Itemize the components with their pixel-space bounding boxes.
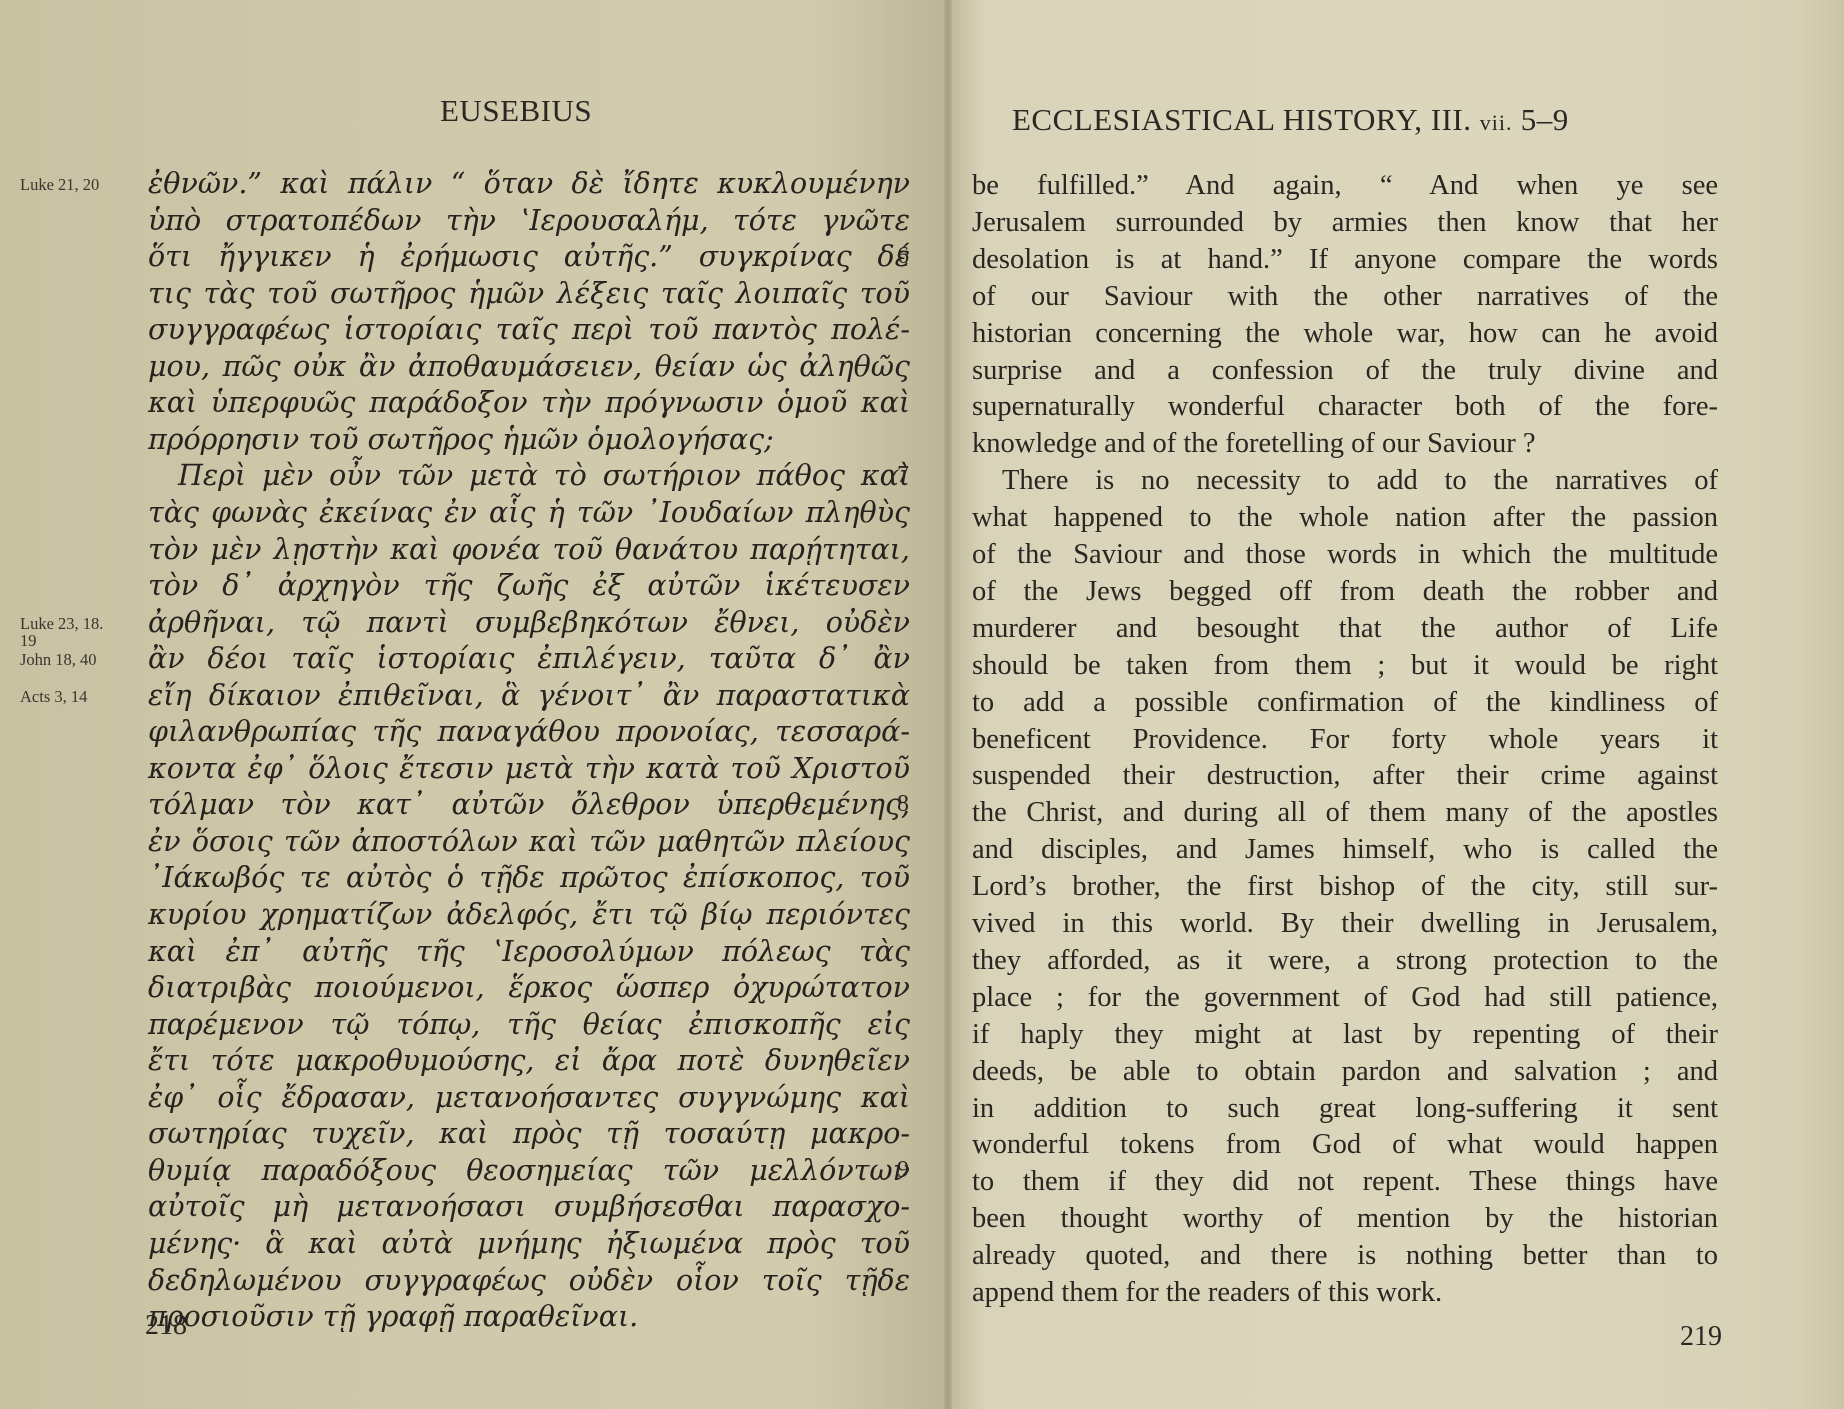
greek-text-line: ᾿Ιάκωβός τε αὐτὸς ὁ τῇδε πρῶτος ἐπίσκοπο… (148, 860, 910, 896)
greek-text-line: καὶ ἐπ᾿ αὐτῆς τῆς ʽΙεροσολύμων πόλεως τὰ… (148, 934, 910, 970)
english-text-line: to add a possible confirmation of the ki… (972, 685, 1718, 721)
english-text-line: should be taken from them ; but it would… (972, 648, 1718, 684)
greek-text-line: ἐφ᾿ οἷς ἔδρασαν, μετανοήσαντες συγγνώμης… (148, 1080, 910, 1116)
english-text-line: if haply they might at last by repenting… (972, 1017, 1718, 1053)
english-text-line: what happened to the whole nation after … (972, 500, 1718, 536)
greek-text-line: ἐθνῶν.” καὶ πάλιν “ ὅταν δὲ ἴδητε κυκλου… (148, 166, 910, 202)
english-text-line: There is no necessity to add to the narr… (1002, 463, 1718, 499)
section-number: 7 (897, 462, 909, 489)
english-text-line: beneficent Providence. For forty whole y… (972, 722, 1718, 758)
greek-text-line: τὰς φωνὰς ἐκείνας ἐν αἷς ἡ τῶν ᾿Ιουδαίων… (148, 495, 910, 531)
english-text-line: in addition to such great long-suffering… (972, 1091, 1718, 1127)
running-head-left: EUSEBIUS (440, 93, 592, 129)
english-text-line: desolation is at hand.” If anyone compar… (972, 242, 1718, 278)
running-head-right: ECCLESIASTICAL HISTORY, III. vii. 5–9 (1012, 102, 1569, 138)
english-text-line: of the Saviour and those words in which … (972, 537, 1718, 573)
greek-text-line: δεδηλωμένου συγγραφέως οὐδὲν οἷον τοῖς τ… (148, 1263, 910, 1299)
greek-text-line: κυρίου χρηματίζων ἀδελφός, ἔτι τῷ βίῳ πε… (148, 897, 910, 933)
greek-text-line: αὐτοῖς μὴ μετανοήσασι συμβήσεσθαι παρασχ… (148, 1189, 910, 1225)
english-text-line: vived in this world. By their dwelling i… (972, 906, 1718, 942)
english-text-line: Lord’s brother, the first bishop of the … (972, 869, 1718, 905)
running-head-chapter: vii. (1480, 110, 1513, 135)
english-text-line: place ; for the government of God had st… (972, 980, 1718, 1016)
greek-text-line: ὅτι ἤγγικεν ἡ ἐρήμωσις αὐτῆς.” συγκρίνας… (148, 239, 910, 275)
running-head-title: ECCLESIASTICAL HISTORY, III. (1012, 102, 1472, 137)
scripture-reference: Acts 3, 14 (20, 688, 87, 706)
scripture-reference: 19 (20, 632, 37, 650)
english-text-line: already quoted, and there is nothing bet… (972, 1238, 1718, 1274)
english-text-line: be fulfilled.” And again, “ And when ye … (972, 168, 1718, 204)
english-text-line: wonderful tokens from God of what would … (972, 1127, 1718, 1163)
english-text-line: murderer and besought that the author of… (972, 611, 1718, 647)
greek-text-line: τις τὰς τοῦ σωτῆρος ἡμῶν λέξεις ταῖς λοι… (148, 276, 910, 312)
greek-text-line: κοντα ἐφ᾿ ὅλοις ἔτεσιν μετὰ τὴν κατὰ τοῦ… (148, 751, 910, 787)
greek-text-line: φιλανθρωπίας τῆς παναγάθου προνοίας, τεσ… (148, 714, 910, 750)
english-text-line: append them for the readers of this work… (972, 1275, 1718, 1311)
greek-text-line: Περὶ μὲν οὖν τῶν μετὰ τὸ σωτήριον πάθος … (178, 458, 910, 494)
english-text-line: knowledge and of the foretelling of our … (972, 426, 1718, 462)
english-text-line: the Christ, and during all of them many … (972, 795, 1718, 831)
greek-text-line: παρέμενον τῷ τόπῳ, τῆς θείας ἐπισκοπῆς ε… (148, 1007, 910, 1043)
english-text-line: and disciples, and James himself, who is… (972, 832, 1718, 868)
section-number: 6 (897, 243, 909, 270)
page-number-left: 218 (145, 1310, 187, 1342)
greek-text-line: ἂν δέοι ταῖς ἱστορίαις ἐπιλέγειν, ταῦτα … (148, 641, 910, 677)
english-text-line: been thought worthy of mention by the hi… (972, 1201, 1718, 1237)
greek-text-line: ὑπὸ στρατοπέδων τὴν ʽΙερουσαλήμ, τότε γν… (148, 203, 910, 239)
english-text-line: to them if they did not repent. These th… (972, 1164, 1718, 1200)
greek-text-line: σωτηρίας τυχεῖν, καὶ πρὸς τῇ τοσαύτῃ μακ… (148, 1116, 910, 1152)
english-text-line: Jerusalem surrounded by armies then know… (972, 205, 1718, 241)
scripture-reference: John 18, 40 (20, 651, 97, 669)
greek-text-line: διατριβὰς ποιούμενοι, ἕρκος ὥσπερ ὀχυρώτ… (148, 970, 910, 1006)
english-text-line: supernaturally wonderful character both … (972, 389, 1718, 425)
english-text-line: historian concerning the whole war, how … (972, 316, 1718, 352)
greek-text-line: θυμίᾳ παραδόξους θεοσημείας τῶν μελλόντω… (148, 1153, 910, 1189)
greek-text-line: εἴη δίκαιον ἐπιθεῖναι, ἃ γένοιτ᾿ ἂν παρα… (148, 678, 910, 714)
greek-text-line: συγγραφέως ἱστορίαις ταῖς περὶ τοῦ παντὸ… (148, 312, 910, 348)
greek-text-line: καὶ ὑπερφυῶς παράδοξον τὴν πρόγνωσιν ὁμο… (148, 385, 910, 421)
greek-text-line: ἐν ὅσοις τῶν ἀποστόλων καὶ τῶν μαθητῶν π… (148, 824, 910, 860)
greek-text-line: μου, πῶς οὐκ ἂν ἀποθαυμάσειεν, θείαν ὡς … (148, 349, 910, 385)
english-text-line: suspended their destruction, after their… (972, 758, 1718, 794)
greek-text-line: ἔτι τότε μακροθυμούσης, εἰ ἄρα ποτὲ δυνη… (148, 1043, 910, 1079)
greek-text-line: μένης· ἃ καὶ αὐτὰ μνήμης ἠξιωμένα πρὸς τ… (148, 1226, 910, 1262)
greek-text-line: τὸν δ᾿ ἀρχηγὸν τῆς ζωῆς ἐξ αὐτῶν ἱκέτευσ… (148, 568, 910, 604)
scripture-reference: Luke 23, 18. (20, 615, 103, 633)
section-number: 8 (897, 791, 909, 818)
section-number: 9 (897, 1157, 909, 1184)
english-text-line: surprise and a confession of the truly d… (972, 353, 1718, 389)
greek-text-line: προσιοῦσιν τῇ γραφῇ παραθεῖναι. (148, 1299, 910, 1335)
english-text-line: of the Jews begged off from death the ro… (972, 574, 1718, 610)
running-head-range: 5–9 (1521, 102, 1569, 137)
greek-text-line: ἀρθῆναι, τῷ παντὶ συμβεβηκότων ἔθνει, οὐ… (148, 605, 910, 641)
greek-text-line: τόλμαν τὸν κατ᾿ αὐτῶν ὄλεθρον ὑπερθεμένη… (148, 787, 910, 823)
english-text-line: of our Saviour with the other narratives… (972, 279, 1718, 315)
greek-text-line: πρόρρησιν τοῦ σωτῆρος ἡμῶν ὁμολογήσας; (148, 422, 910, 458)
english-text-line: deeds, be able to obtain pardon and salv… (972, 1054, 1718, 1090)
page-number-right: 219 (1680, 1321, 1722, 1353)
greek-text-line: τὸν μὲν λῃστὴν καὶ φονέα τοῦ θανάτου παρ… (148, 532, 910, 568)
english-text-line: they afforded, as it were, a strong prot… (972, 943, 1718, 979)
scripture-reference: Luke 21, 20 (20, 176, 99, 194)
book-gutter (944, 0, 952, 1409)
